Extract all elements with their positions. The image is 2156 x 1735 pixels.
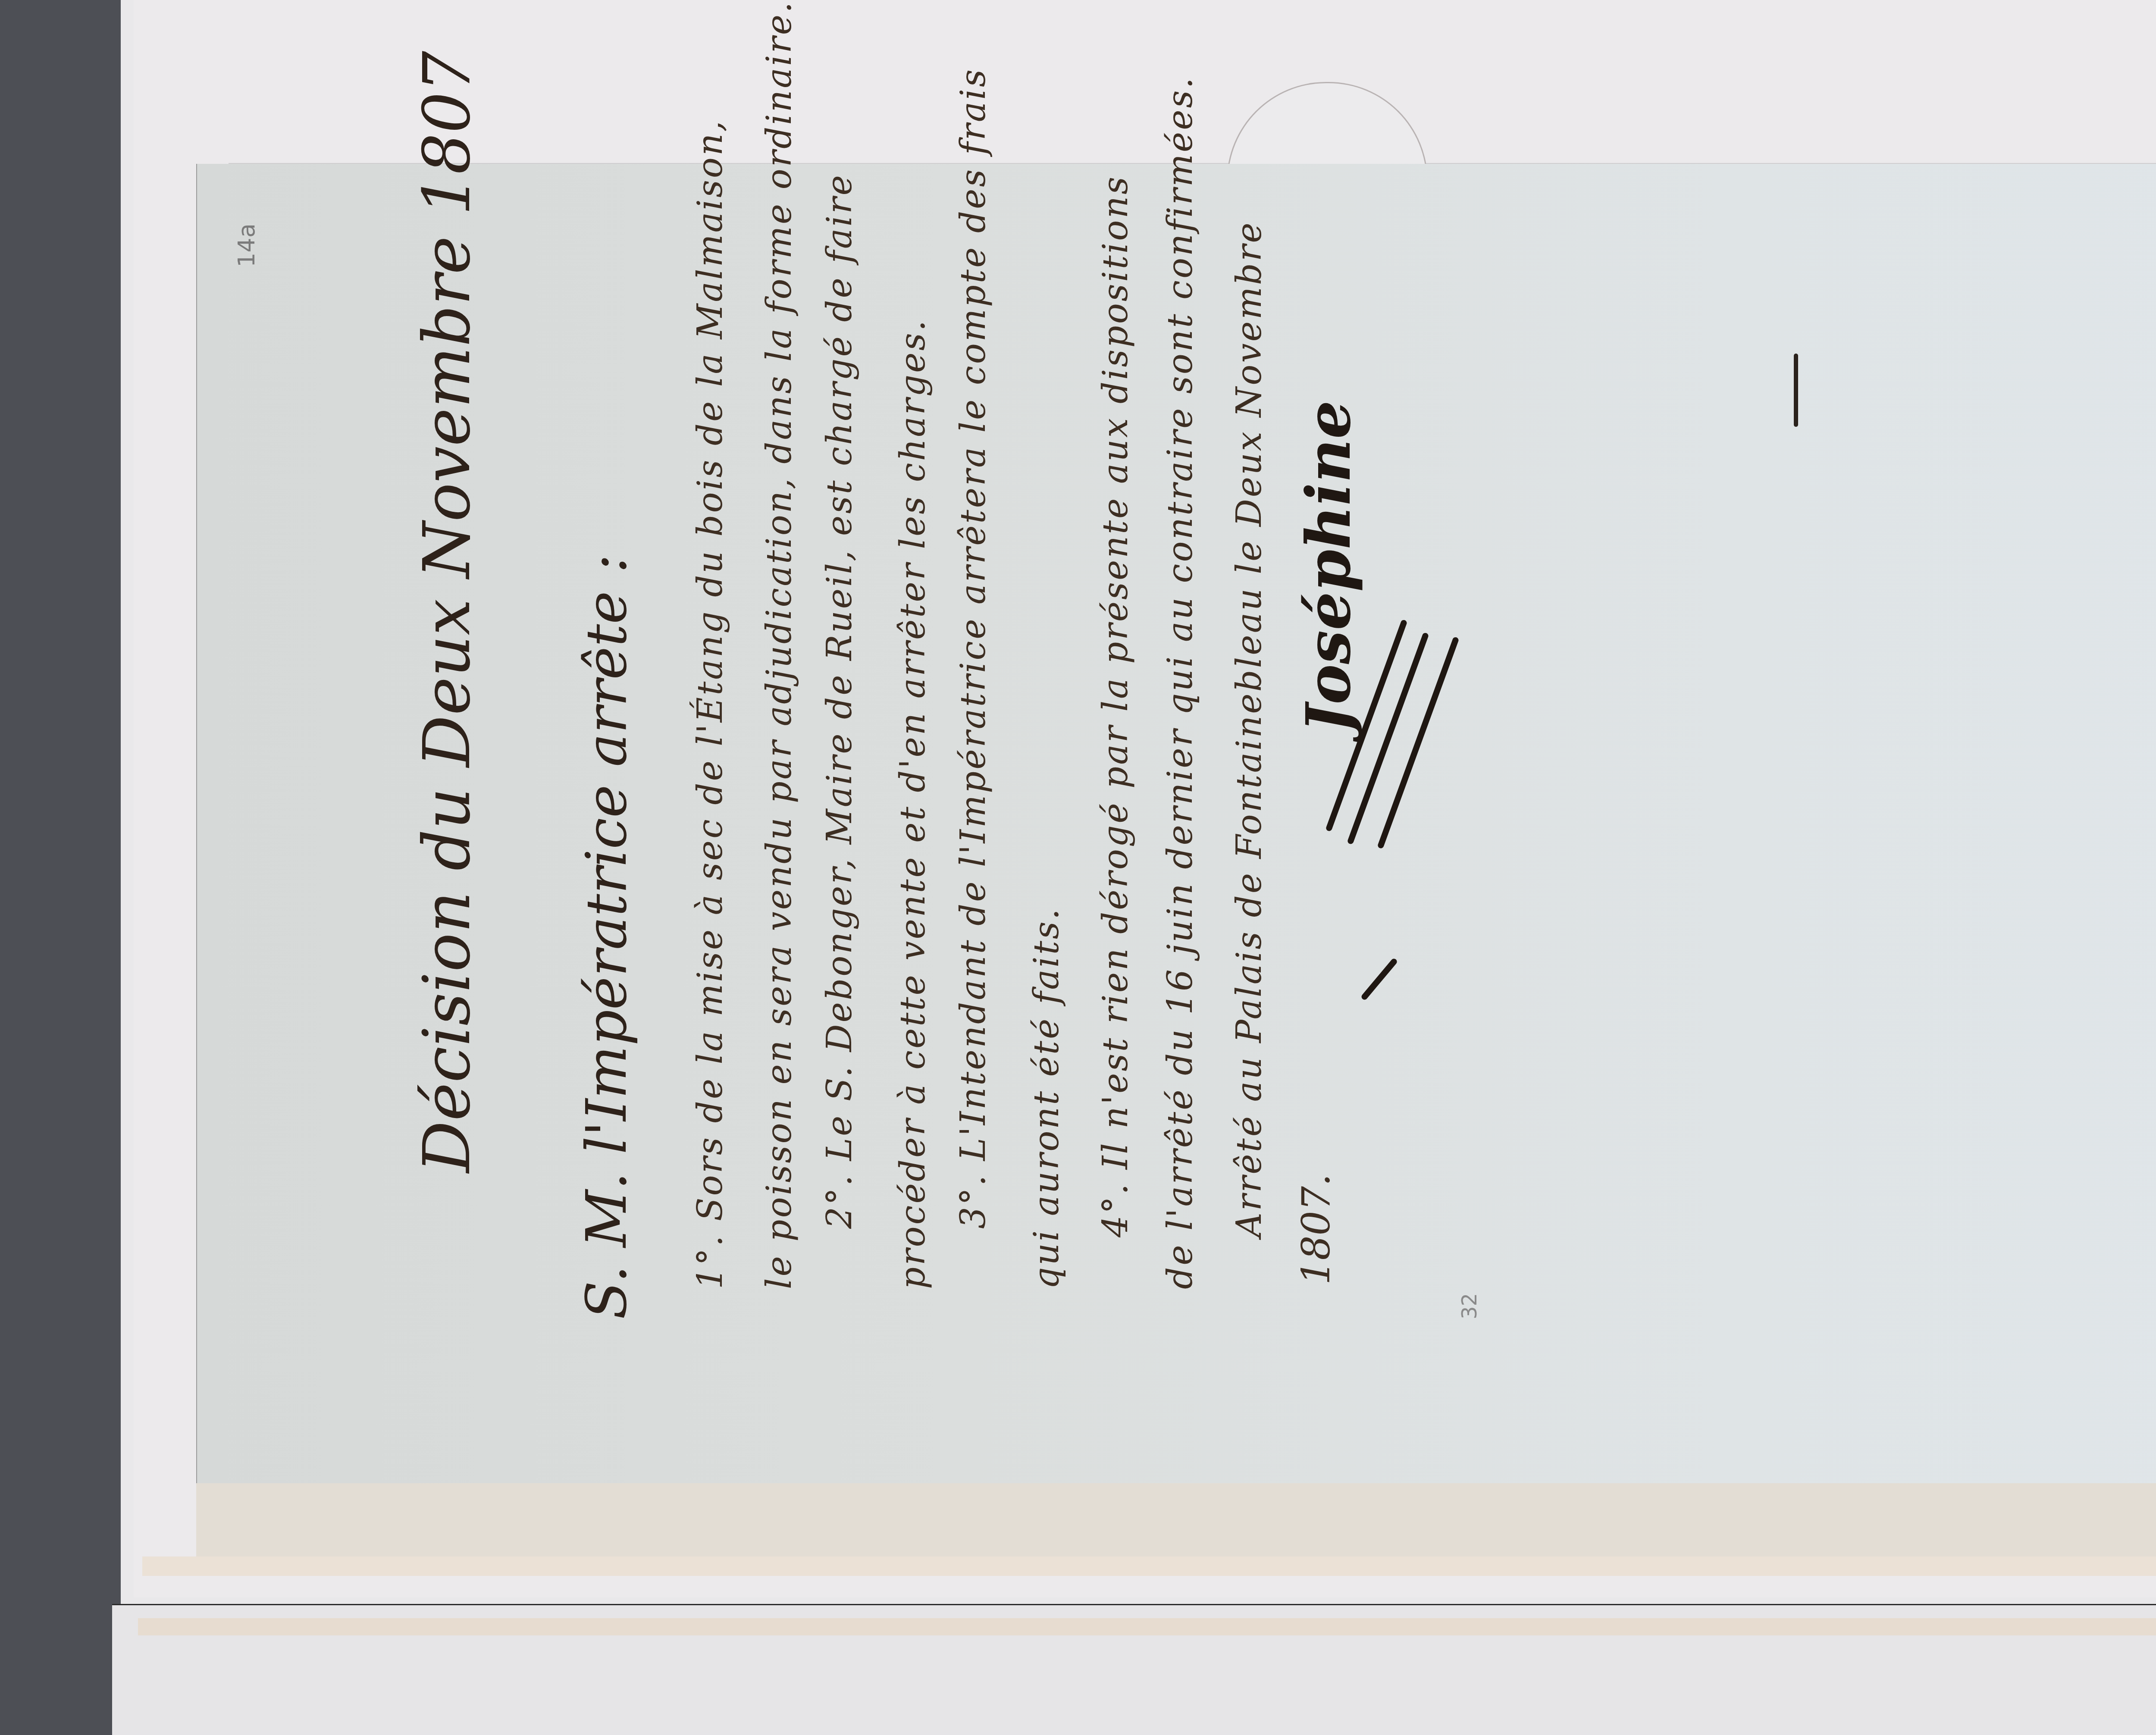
body-line-1: 1°. Sors de la mise à sec de l'Étang du …: [690, 119, 730, 1289]
document-title: Décision du Deux Novembre 1807: [410, 51, 485, 1173]
body-line-7: 4°. Il n'est rien dérogé par la présente…: [1095, 175, 1135, 1237]
ink-stroke-mark: [1794, 354, 1798, 427]
pencil-note: 32: [1457, 1293, 1482, 1319]
body-line-6: qui auront été faits.: [1026, 907, 1066, 1289]
document-heading: S. M. l'Impératrice arrête :: [573, 554, 639, 1319]
hinge-tape: [138, 1618, 2156, 1635]
mat-tape: [142, 1556, 2156, 1576]
signature: Joséphine: [1294, 401, 1364, 733]
body-line-year: 1807.: [1294, 1174, 1339, 1285]
body-line-2: le poisson en sera vendu par adjudicatio…: [759, 0, 799, 1289]
body-line-3: 2°. Le S. Debonger, Maire de Rueil, est …: [819, 173, 859, 1229]
folio-number: 14a: [233, 223, 260, 267]
page-hinge-strip: [196, 1483, 2156, 1556]
body-line-9: Arrêté au Palais de Fontainebleau le Deu…: [1229, 221, 1269, 1237]
body-line-4: procéder à cette vente et d'en arrêter l…: [893, 319, 933, 1289]
body-line-5: 3°. L'Intendant de l'Impératrice arrêter…: [953, 68, 993, 1229]
folder-bottom-flap: [112, 1604, 2156, 1735]
body-line-8: de l'arrêté du 16 juin dernier qui au co…: [1160, 76, 1200, 1289]
